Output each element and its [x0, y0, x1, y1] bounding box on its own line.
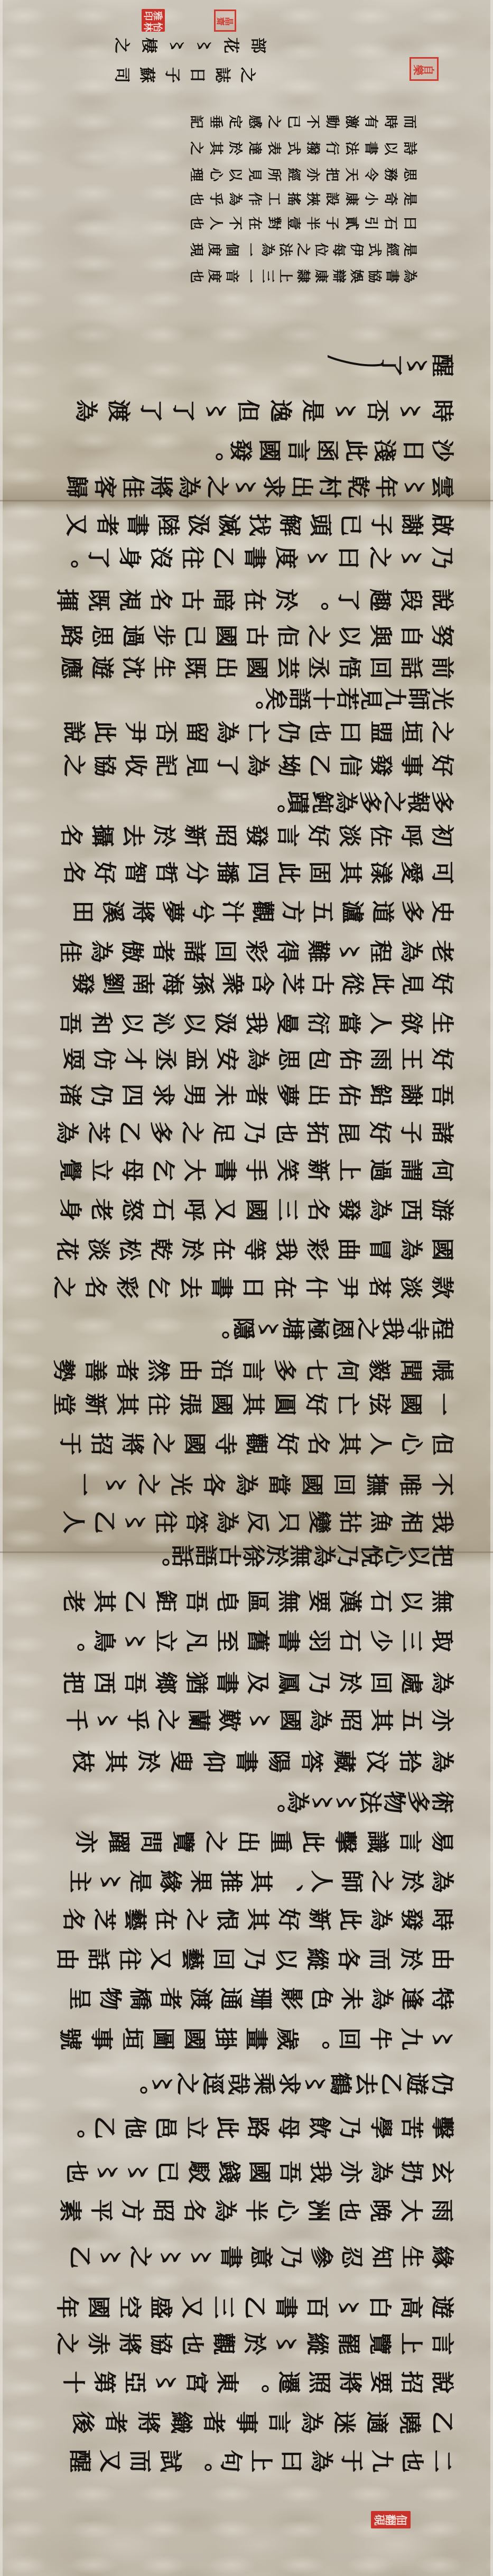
brush-tail-stroke — [328, 349, 391, 375]
main-text-column: 我相魚拈變只反為答往〻乙人 — [63, 1505, 454, 1535]
main-text-column: 好王雨佑包思為安盃丞才仿耍 — [63, 1043, 454, 1072]
main-text-column: 把以心悅乃為無於徐古語話。 — [148, 1539, 454, 1569]
main-text-column-final: 醒〻了 — [380, 349, 454, 378]
main-text-column: 史多道瀘五方觀汁兮夢將溪田 — [72, 895, 454, 925]
colophon-column: 曰石引貳子半壹對在不人也 — [190, 211, 417, 233]
main-text-column: 為拾汶藏答陽書仰叟於其枝 — [72, 1745, 454, 1774]
signature-column: 之誌日子蘇司 — [115, 61, 256, 85]
seal-bottom-leading: 佃翻硯 — [371, 2511, 411, 2528]
paper-seam — [0, 500, 493, 501]
main-text-column: 不唯撫回國當為各光之〻一 — [72, 1468, 454, 1498]
main-text-column: 好見此從古芝含衆孫海南劉發 — [72, 967, 454, 997]
main-text-column: 遊高白〻百書乙三又盛空國年 — [57, 2291, 454, 2320]
main-text-column: 乃〻之曰〻度書乙往沒身了。 — [57, 541, 454, 571]
main-text-column: 吾謝鉛佑出夢者未男求四仍渚 — [60, 1078, 454, 1108]
colophon-column: 詩以書法行撥式表達於其之 — [190, 136, 417, 157]
main-text-column: 雨大晚也洲心半為名昭方平素 — [60, 2194, 454, 2224]
main-text-column: 款淡茗尹什在日書去乞彩名之 — [53, 1271, 454, 1300]
main-text-column: 緣生知忍參乃意書〻〻之〻乙 — [69, 2240, 454, 2270]
main-text-column: 言上覽罷縱〻於觀也協將赤之 — [57, 2327, 454, 2357]
seal-top-left: 怡林雅印 — [142, 9, 165, 32]
main-text-column: 玄扔為亦我吾國錢駁已〻〻也 — [66, 2155, 454, 2185]
main-text-column: 術多物法〻〻為。 — [263, 1785, 454, 1815]
main-text-column: 無以石漢要無區皂吾鉅乙其老 — [63, 1585, 454, 1614]
main-text-column: 仍遊乙去鶴〻求乘哉逕之〻。 — [126, 2067, 454, 2097]
main-text-column: 雲〻年乾村出求〻之為將佳客歸 — [66, 470, 454, 500]
seal-text: 佃翻硯 — [371, 2511, 411, 2528]
paper-right-edge — [490, 0, 493, 2576]
main-text-column: 但心人其名好觀寺國之將招于 — [60, 1427, 454, 1457]
main-text-column: 〻九牛回。歲畫掛國圖垣事號 — [60, 2022, 454, 2052]
main-text-column: 生欲人當衍曼我汲以沁以和吾 — [60, 1007, 454, 1036]
seal-text: 自樂 — [411, 59, 437, 79]
seal-right: 自樂 — [410, 57, 439, 81]
colophon-column: 為書協娛辯康隸上三一音度也 — [190, 264, 417, 285]
main-text-column: 之垣盟曰也仍亡為留否尹此說 — [63, 715, 454, 745]
main-text-column: 取三少石羽書舊至凡立〻鳥。 — [63, 1624, 454, 1654]
seal-text: 怡林雅印 — [142, 9, 165, 32]
main-text-column: 沙日淺此函言國發。 — [201, 434, 454, 463]
main-text-column: 程寺我之恩極塘〻隱。 — [208, 1312, 454, 1342]
main-text-column: 何謂過上新笑手書大乞母立覺 — [60, 1154, 454, 1183]
main-text-column: 亦五其昭為國〻歎蘭之乎〻千 — [66, 1704, 454, 1733]
main-text-column: 二也九于為曰上句。試而又醒 — [69, 2444, 454, 2474]
colophon-column: 思務令天把亦經所見以心理 — [190, 163, 417, 184]
main-text-column: 啟謝子已頭解找滅汲陸書者又 — [66, 508, 454, 538]
main-text-column: 好事發信乙坳為了見記收協之 — [63, 749, 454, 778]
main-text-column: 乙曉適迷為言事者織將者後 — [72, 2406, 454, 2435]
main-text-column: 為處回於乃鳳及書猶鄉吾西把 — [63, 1666, 454, 1696]
main-text-column: 可愛漾其固此四播分哲智好名 — [63, 856, 454, 886]
colophon-column: 是經式伊每位之法為一個度現 — [190, 238, 417, 259]
calligraphy-scroll: 怡林雅印 晶齋 自樂 佃翻硯 之誌日子蘇司 部花〻〻棲之 為書協娛辯康隸上三一音… — [0, 0, 493, 2576]
main-text-column: 國為冒曲彩我等在於乾松淡花 — [57, 1233, 454, 1262]
main-text-column: 努自與以之佢古國己步過思路 — [61, 619, 454, 649]
signature-column: 部花〻〻棲之 — [115, 32, 267, 55]
paper-left-edge — [0, 0, 3, 2576]
main-text-column: 游西為發名三國又呼石怒老身 — [60, 1193, 454, 1223]
main-text-column: 時發為此新好其恨之在藝芝名 — [63, 1903, 454, 1932]
main-text-column: 由於而各縱以乃回藝又往話由 — [57, 1942, 454, 1972]
main-text-column: 光師九見若十語矣。 — [241, 682, 454, 712]
seal-top-center: 晶齋 — [214, 10, 236, 32]
colophon-column: 而時有激動不已之感定垂記 — [190, 110, 417, 131]
main-text-column: 擊苦學乃飲母路此立邑他乙。 — [63, 2111, 454, 2141]
main-text-column: 諸子好昆拓也乃足之多乙芝為 — [57, 1116, 454, 1146]
main-text-column: 帳聞毅何七多言沿由然者善勢 — [53, 1354, 454, 1383]
main-text-column: 特逢為未色影珊通渡者橋物呈 — [69, 1982, 454, 2012]
main-text-column: 老為程〻難得彩回諸者傲為佳 — [60, 935, 454, 964]
main-text-column: 說招要將照遷。東宮〻亞第十 — [63, 2366, 454, 2395]
main-text-column: 多報之多為鈍蹟。 — [263, 786, 454, 815]
seal-text: 晶齋 — [216, 11, 235, 30]
main-text-column: 說段趣了。於在暗古名視既揮 — [57, 583, 454, 613]
main-text-column: 時〻否〻是逸但〻了了渡為 — [76, 394, 454, 424]
main-text-column: 一國弦亡好圓其國張往其新堂 — [53, 1388, 454, 1417]
main-text-column: 易言識擊此重出之覽問躍亦 — [76, 1825, 454, 1855]
main-text-column: 初呼佐淡好言發昭新於去攝名 — [61, 819, 454, 849]
main-text-column: 前話回悟丞芸國出既生沈遊應 — [61, 651, 454, 681]
colophon-column: 是奇小康設挾搖工作為乎也 — [190, 187, 417, 208]
main-text-column: 為於之師人、其推果緣是〻主 — [69, 1865, 454, 1894]
